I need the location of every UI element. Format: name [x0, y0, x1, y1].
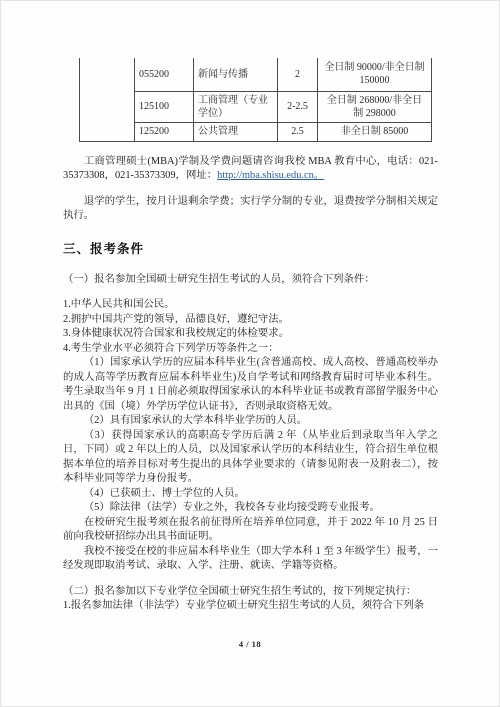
cell-duration: 2.5: [278, 122, 318, 141]
page-number: 4 / 18: [1, 639, 499, 649]
section-heading-3: 三、报考条件: [63, 241, 438, 257]
qualification-sub-5: （5）除法律（法学）专业之外，我校各专业均接受跨专业报考。: [63, 501, 438, 516]
cell-fee: 非全日制 85000: [318, 122, 432, 141]
cell-major-name: 工商管理（专业学位）: [194, 91, 278, 122]
qualification-sub-3: （3）获得国家承认的高职高专学历后满 2 年（从毕业后到录取当年入学之日，下同）…: [63, 429, 438, 487]
body-text: 工商管理硕士(MBA)学制及学费问题请咨询我校 MBA 教育中心，电话：021-…: [63, 155, 438, 614]
mba-website-link[interactable]: http://mba.shisu.edu.cn。: [217, 170, 324, 181]
table-row: 055200 新闻与传播 2 全日制 90000/非全日制 150000: [80, 58, 432, 91]
page-content: 055200 新闻与传播 2 全日制 90000/非全日制 150000 125…: [63, 1, 438, 614]
document-page: 055200 新闻与传播 2 全日制 90000/非全日制 150000 125…: [0, 0, 500, 707]
cell-fee: 全日制 268000/非全日制 298000: [318, 91, 432, 122]
cell-major-name: 新闻与传播: [194, 58, 278, 91]
cell-major-code: 055200: [135, 58, 194, 91]
mba-fee-note: 工商管理硕士(MBA)学制及学费问题请咨询我校 MBA 教育中心，电话：021-…: [63, 155, 438, 184]
qualification-sub-2: （2）具有国家承认的大学本科毕业学历的人员。: [63, 414, 438, 429]
condition-item-2: 2.拥护中国共产党的领导，品德良好，遵纪守法。: [63, 313, 438, 328]
cell-fee: 全日制 90000/非全日制 150000: [318, 58, 432, 91]
cell-duration: 2-2.5: [278, 91, 318, 122]
condition-item-1: 1.中华人民共和国公民。: [63, 298, 438, 313]
condition-2-intro: （二）报名参加以下专业学位全国硕士研究生招生考试的，按下列规定执行：: [63, 585, 438, 600]
cell-major-code: 125100: [135, 91, 194, 122]
no-accept-undergrad-note: 我校不接受在校的非应届本科毕业生（即大学本科 1 至 3 年级学生）报考，一经发…: [63, 545, 438, 574]
condition-1-intro: （一）报名参加全国硕士研究生招生考试的人员，须符合下列条件：: [63, 273, 438, 288]
law-major-item-partial: 1.报名参加法律（非法学）专业学位硕士研究生招生考试的人员，须符合下列条: [63, 599, 438, 614]
cell-category-merged-empty: [80, 58, 135, 141]
refund-policy-note: 退学的学生，按月计退剩余学费；实行学分制的专业，退费按学分制相关规定执行。: [63, 195, 438, 224]
cell-major-name: 公共管理: [194, 122, 278, 141]
qualification-sub-1: （1）国家承认学历的应届本科毕业生(含普通高校、成人高校、普通高校举办的成人高等…: [63, 356, 438, 414]
tuition-fee-table: 055200 新闻与传播 2 全日制 90000/非全日制 150000 125…: [79, 58, 432, 142]
condition-item-4: 4.考生学业水平必须符合下列学历等条件之一：: [63, 342, 438, 357]
current-grad-student-note: 在校研究生报考须在报名前征得所在培养单位同意，并于 2022 年 10 月 25…: [63, 516, 438, 545]
cell-major-code: 125200: [135, 122, 194, 141]
condition-item-3: 3.身体健康状况符合国家和我校规定的体检要求。: [63, 327, 438, 342]
cell-duration: 2: [278, 58, 318, 91]
qualification-sub-4: （4）已获硕士、博士学位的人员。: [63, 487, 438, 502]
